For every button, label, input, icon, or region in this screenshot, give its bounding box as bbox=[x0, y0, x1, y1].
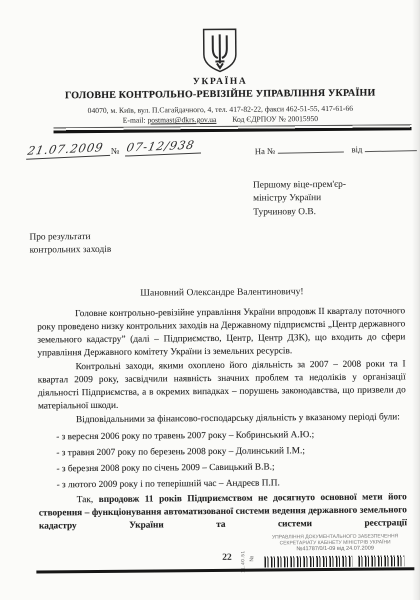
registration-stamp: УПРАВЛІННЯ ДОКУМЕНТАЛЬНОГО ЗАБЕЗПЕЧЕННЯ … bbox=[260, 533, 410, 552]
paragraph-1: Головне контрольно-ревізійне управління … bbox=[37, 305, 405, 360]
reply-date-label: від bbox=[351, 144, 362, 154]
scanned-letter-sheet: УКРАЇНА ГОЛОВНЕ КОНТРОЛЬНО-РЕВІЗІЙНЕ УПР… bbox=[0, 0, 420, 600]
ukraine-trident-icon bbox=[202, 27, 238, 74]
reply-number-blank bbox=[277, 144, 343, 154]
barcode bbox=[358, 555, 404, 566]
recipient-line1: Першому віце-прем'єр- bbox=[253, 179, 346, 193]
barcode bbox=[264, 556, 352, 568]
list-item: - з лютого 2009 року і по теперішній час… bbox=[57, 474, 407, 493]
organization-name: ГОЛОВНЕ КОНТРОЛЬНО-РЕВІЗІЙНЕ УПРАВЛІННЯ … bbox=[0, 87, 420, 102]
number-sign: № bbox=[111, 146, 120, 156]
reference-row: 21.07.2009 № 07-12/938 На № від bbox=[0, 135, 420, 144]
paragraph-2: Контрольні заходи, якими охоплено його д… bbox=[38, 358, 406, 413]
reply-date-blank bbox=[364, 142, 416, 152]
email-label: E-mail: bbox=[123, 116, 146, 125]
edrpou-code: Код ЄДРПОУ № 20015950 bbox=[232, 114, 318, 124]
letter-body: Головне контрольно-ревізійне управління … bbox=[37, 305, 407, 533]
page-bottom-edge-line bbox=[36, 567, 414, 573]
subject-line2: контрольних заходів bbox=[30, 243, 112, 256]
reply-reference: На № від bbox=[255, 142, 417, 156]
paragraph-3: Відповідальними за фінансово-господарськ… bbox=[38, 411, 406, 427]
subject-block: Про результати контрольних заходів bbox=[29, 231, 111, 257]
handwritten-outgoing-date: 21.07.2009 bbox=[25, 140, 110, 160]
paragraph-4: Так, впродовж 11 років Підприємством не … bbox=[39, 491, 407, 533]
email-address: postmast@dkrs.gov.ua bbox=[147, 115, 216, 125]
salutation: Шановний Олександре Валентиновичу! bbox=[0, 285, 420, 300]
page-number: 22 bbox=[222, 553, 232, 563]
scan-number-sign: № bbox=[249, 556, 255, 562]
officials-list: - з вересня 2006 року по травень 2007 ро… bbox=[56, 426, 407, 493]
reply-number-label: На № bbox=[255, 146, 276, 156]
handwritten-outgoing-number: 07-12/938 bbox=[124, 137, 201, 156]
recipient-line2: міністру України bbox=[253, 192, 346, 206]
paragraph-4-prefix: Так, bbox=[77, 495, 99, 505]
subject-line1: Про результати bbox=[29, 231, 111, 244]
recipient-block: Першому віце-прем'єр- міністру України Т… bbox=[253, 179, 346, 220]
recipient-name: Турчинову О.В. bbox=[253, 206, 346, 220]
header-divider bbox=[53, 124, 411, 133]
